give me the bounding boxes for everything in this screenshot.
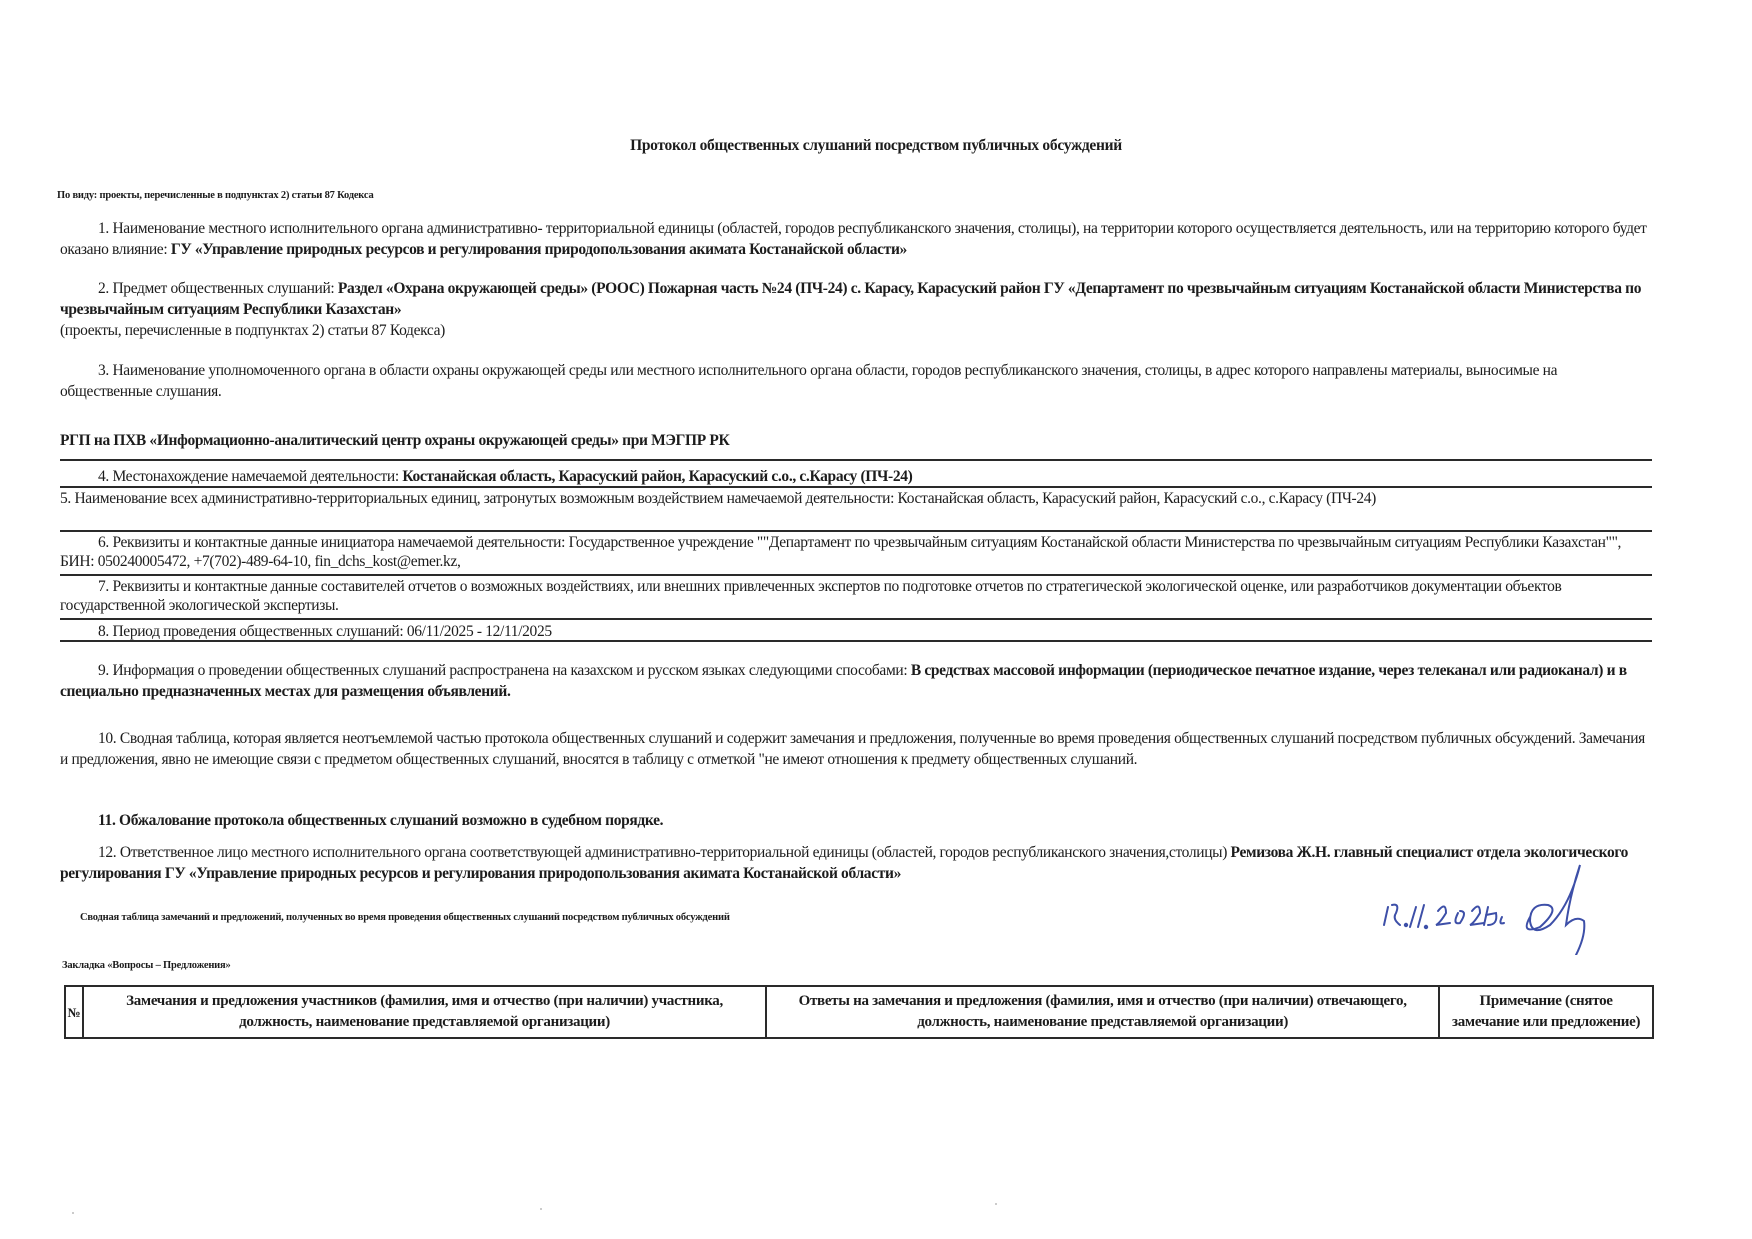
item-12-text: 12. Ответственное лицо местного исполнит… (98, 844, 1231, 861)
col-header-note: Примечание (снятое замечание или предлож… (1439, 986, 1653, 1038)
divider (60, 618, 1652, 620)
document-kind-line: По виду: проекты, перечисленные в подпун… (57, 190, 374, 201)
divider (60, 640, 1652, 642)
item-11: 11. Обжалование протокола общественных с… (60, 810, 1650, 831)
divider (60, 486, 1652, 488)
item-8: 8. Период проведения общественных слушан… (60, 622, 1652, 641)
table-header-row: № Замечания и предложения участников (фа… (65, 986, 1653, 1038)
item-1-org: ГУ «Управление природных ресурсов и регу… (171, 241, 907, 258)
item-9: 9. Информация о проведении общественных … (60, 660, 1650, 702)
item-1: 1. Наименование местного исполнительного… (60, 218, 1650, 260)
document-title: Протокол общественных слушаний посредств… (0, 137, 1752, 155)
item-4: 4. Местонахождение намечаемой деятельнос… (60, 467, 1652, 486)
item-3-text: 3. Наименование уполномоченного органа в… (60, 362, 1557, 400)
item-9-text: 9. Информация о проведении общественных … (98, 662, 911, 679)
divider (60, 459, 1652, 461)
item-10: 10. Сводная таблица, которая является не… (60, 728, 1650, 770)
item-3-org: РГП на ПХВ «Информационно-аналитический … (60, 432, 729, 450)
item-5: 5. Наименование всех административно-тер… (60, 489, 1652, 508)
handwritten-signature (1380, 855, 1680, 955)
item-4-location: Костанайская область, Карасуский район, … (402, 468, 912, 485)
item-2: 2. Предмет общественных слушаний: Раздел… (60, 278, 1650, 341)
col-header-remarks: Замечания и предложения участников (фами… (83, 986, 766, 1038)
scan-speck (540, 1208, 542, 1210)
item-2-note: (проекты, перечисленные в подпунктах 2) … (60, 322, 445, 339)
tab-label: Закладка «Вопросы – Предложения» (62, 960, 231, 971)
summary-table: № Замечания и предложения участников (фа… (64, 985, 1654, 1039)
item-2-text: 2. Предмет общественных слушаний: (98, 280, 338, 297)
col-header-answers: Ответы на замечания и предложения (фамил… (766, 986, 1439, 1038)
col-header-number: № (65, 986, 83, 1038)
divider (60, 530, 1652, 532)
item-6: 6. Реквизиты и контактные данные инициат… (60, 533, 1652, 571)
scan-speck (72, 1212, 74, 1214)
scan-speck (995, 1203, 997, 1205)
summary-table-caption: Сводная таблица замечаний и предложений,… (80, 912, 730, 923)
item-3: 3. Наименование уполномоченного органа в… (60, 360, 1650, 402)
item-7: 7. Реквизиты и контактные данные состави… (60, 577, 1652, 615)
item-4-text: 4. Местонахождение намечаемой деятельнос… (98, 468, 402, 485)
divider (60, 574, 1652, 576)
